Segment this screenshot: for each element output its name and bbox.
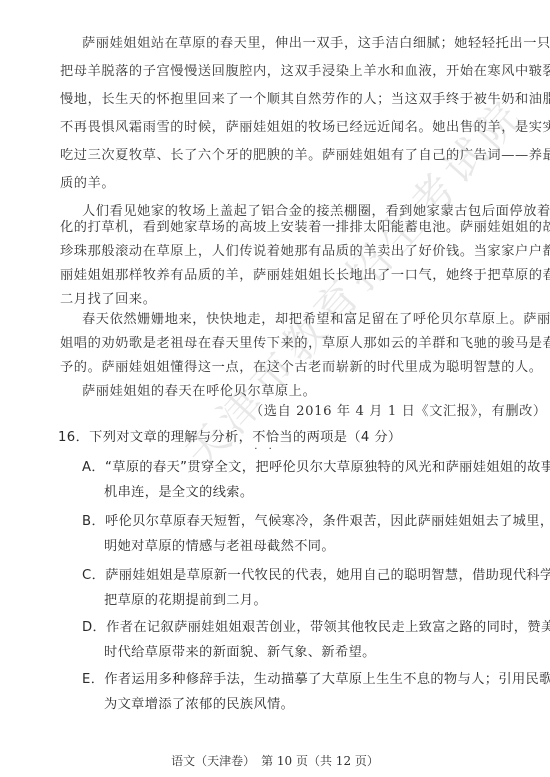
passage-line: 二月找了回来。 (60, 292, 157, 308)
option-label: B． (82, 514, 105, 529)
option-c: C．萨丽娃姐姐是草原新一代牧民的代表，她用自己的聪明智慧，借助现代科学技术， (82, 568, 550, 584)
option-text: 作者在记叙萨丽娃姐姐艰苦创业，带领其他牧民走上致富之路的同时，赞美了新 (106, 620, 550, 635)
option-text: “草原的春天”贯穿全文，把呼伦贝尔大草原独特的风光和萨丽娃姐姐的故事有 (105, 460, 550, 475)
page-footer: 语文（天津卷） 第 10 页（共 12 页） (0, 752, 550, 769)
passage-line: 人们看见她家的牧场上盖起了铝合金的接羔棚圈，看到她家蒙古包后面停放着现代 (82, 204, 550, 220)
passage-line: 不再畏惧风霜雨雪的时候，萨丽娃姐姐的牧场已经远近闻名。她出售的羊，是实实在在 (60, 120, 550, 136)
option-b-cont: 明她对草原的情感与老祖母截然不同。 (104, 539, 335, 555)
passage-line: 吃过三次夏牧草、长了六个牙的肥腴的羊。萨丽娃姐姐有了自己的广告词——养最有品 (60, 148, 550, 164)
exam-page: 萨丽娃姐姐站在草原的春天里，伸出一双手，这手洁白细腻；她轻轻托出一只小羊羔， 把… (0, 0, 550, 777)
passage-line: 萨丽娃姐姐的春天在呼伦贝尔草原上。 (82, 384, 316, 400)
question-stem: 16．下列对文章的理解与分析，不恰当的两项是（4 分） (58, 430, 402, 446)
passage-line: 化的打草机，看到她家草场的高坡上安装着一排排太阳能蓄电池。萨丽娃姐姐的故事像 (60, 220, 550, 236)
passage-source: （选自 2016 年 4 月 1 日《文汇报》，有删改） (250, 404, 547, 420)
emphasis-text: 不恰当 (252, 430, 293, 445)
question-number: 16． (58, 430, 89, 445)
passage-line: 慢地，长生天的怀抱里回来了一个顺其自然劳作的人；当这双手终于被牛奶和油脂润透， (60, 92, 550, 108)
passage-line: 春天依然姗姗地来，快快地走，却把希望和富足留在了呼伦贝尔草原上。萨丽娃姐 (82, 312, 550, 328)
option-text: 萨丽娃姐姐是草原新一代牧民的代表，她用自己的聪明智慧，借助现代科学技术， (105, 568, 550, 583)
option-d-cont: 时代给草原带来的新面貌、新气象、新希望。 (104, 645, 376, 661)
stem-text: 的两项是（4 分） (293, 430, 402, 445)
passage-line: 姐唱的劝奶歌是老祖母在春天里传下来的，草原人那如云的羊群和飞驰的骏马是春天赐 (60, 336, 550, 352)
option-b: B．呼伦贝尔草原春天短暂，气候寒冷，条件艰苦，因此萨丽娃姐姐去了城里，这说 (82, 514, 550, 530)
passage-line: 萨丽娃姐姐站在草原的春天里，伸出一双手，这手洁白细腻；她轻轻托出一只小羊羔， (82, 36, 550, 52)
option-e-cont: 为文章增添了浓郁的民族风情。 (104, 697, 294, 713)
passage-line: 把母羊脱落的子宫慢慢送回腹腔内，这双手浸染上羊水和血液，开始在寒风中皲裂，慢 (60, 64, 550, 80)
option-text: 作者运用多种修辞手法，生动描摹了大草原上生生不息的物与人；引用民歌民谚 (104, 672, 550, 687)
passage-line: 予的。萨丽娃姐姐懂得这一点，在这个古老而崭新的时代里成为聪明智慧的人。 (60, 360, 543, 376)
option-d: D．作者在记叙萨丽娃姐姐艰苦创业，带领其他牧民走上致富之路的同时，赞美了新 (82, 620, 550, 636)
option-e: E．作者运用多种修辞手法，生动描摹了大草原上生生不息的物与人；引用民歌民谚 (82, 672, 550, 688)
option-text: 呼伦贝尔草原春天短暂，气候寒冷，条件艰苦，因此萨丽娃姐姐去了城里，这说 (105, 514, 550, 529)
option-a-cont: 机串连，是全文的线索。 (104, 485, 253, 501)
option-label: A． (82, 460, 105, 475)
option-label: C． (82, 568, 105, 583)
stem-text: 下列对文章的理解与分析， (89, 430, 252, 445)
passage-line: 珍珠那般滚动在草原上，人们传说着她那有品质的羊卖出了好价钱。当家家户户都像萨 (60, 244, 550, 260)
option-c-cont: 把草原的花期提前到二月。 (104, 593, 267, 609)
option-label: D． (82, 620, 106, 635)
passage-line: 质的羊。 (60, 176, 115, 192)
option-a: A．“草原的春天”贯穿全文，把呼伦贝尔大草原独特的风光和萨丽娃姐姐的故事有 (82, 460, 550, 476)
passage-line: 丽娃姐姐那样牧养有品质的羊，萨丽娃姐姐长长地出了一口气，她终于把草原的春天从 (60, 268, 550, 284)
option-label: E． (82, 672, 104, 687)
